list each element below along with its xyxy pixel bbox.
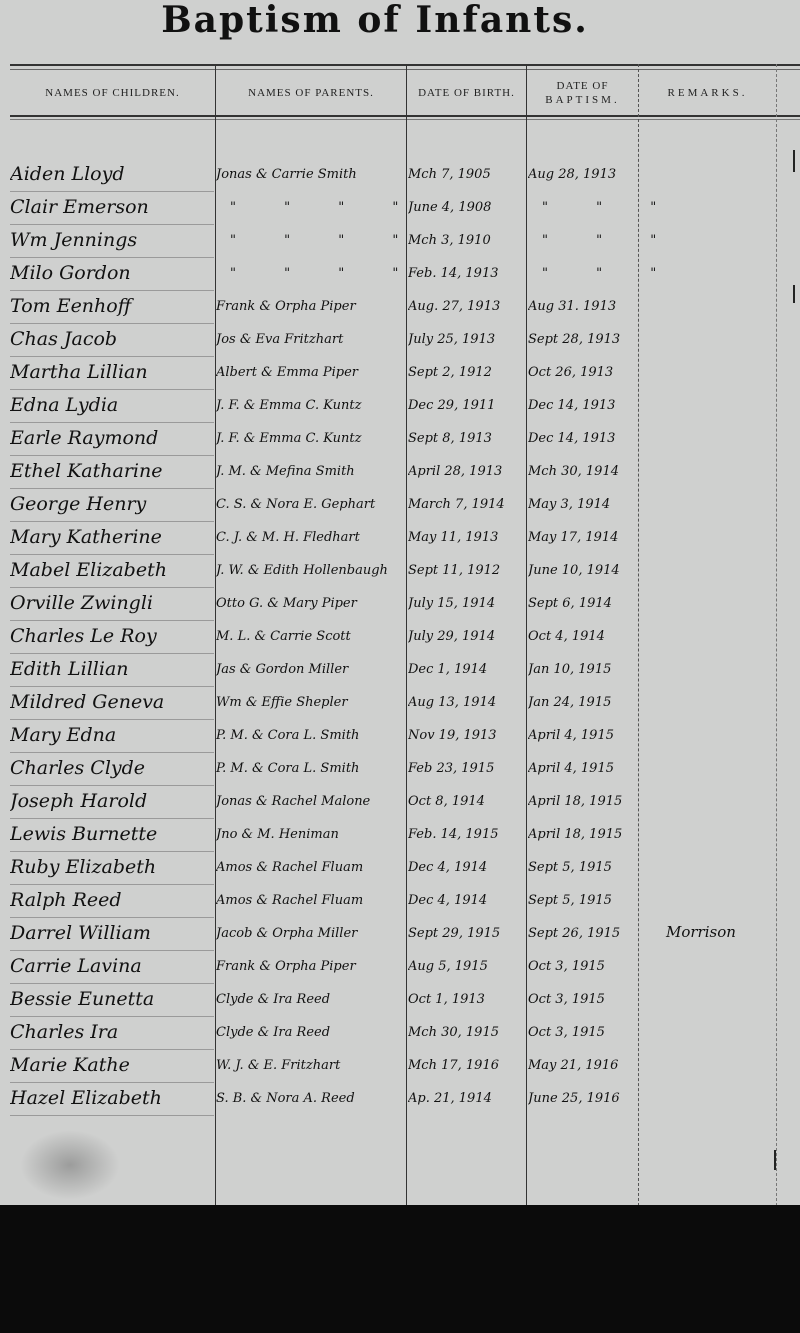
date-of-birth: Ap. 21, 1914 <box>408 1082 526 1115</box>
register-page: Baptism of Infants. NAMES OF CHILDREN. N… <box>0 0 800 1205</box>
table-row: Orville ZwingliOtto G. & Mary PiperJuly … <box>10 587 638 620</box>
date-of-baptism: Sept 26, 1915 <box>528 917 646 950</box>
date-of-birth: Dec 1, 1914 <box>408 653 526 686</box>
child-name: Darrel William <box>10 917 214 951</box>
date-of-birth: July 29, 1914 <box>408 620 526 653</box>
parent-names: Jno & M. Heniman <box>216 818 406 851</box>
date-of-baptism: " " " <box>528 257 660 290</box>
parent-names: " " " " <box>216 257 420 290</box>
parent-names: Amos & Rachel Fluam <box>216 884 406 917</box>
child-name: Mildred Geneva <box>10 686 214 720</box>
header-top-rule <box>10 64 800 66</box>
date-of-baptism: Oct 3, 1915 <box>528 950 646 983</box>
ink-smudge <box>20 1130 120 1200</box>
date-of-birth: Sept 2, 1912 <box>408 356 526 389</box>
parent-names: Amos & Rachel Fluam <box>216 851 406 884</box>
child-name: Chas Jacob <box>10 323 214 357</box>
table-row: Charles IraClyde & Ira ReedMch 30, 1915O… <box>10 1016 638 1049</box>
child-name: Charles Ira <box>10 1016 214 1050</box>
table-row: Wm Jennings" " " "Mch 3, 1910" " " <box>10 224 638 257</box>
date-of-birth: Mch 3, 1910 <box>408 224 526 257</box>
parent-names: P. M. & Cora L. Smith <box>216 752 406 785</box>
date-of-baptism: April 18, 1915 <box>528 785 646 818</box>
remarks: Morrison <box>666 923 786 941</box>
margin-mark <box>793 285 795 303</box>
header-baptism-line2: BAPTISM. <box>545 93 619 107</box>
date-of-birth: Sept 8, 1913 <box>408 422 526 455</box>
parent-names: Jonas & Rachel Malone <box>216 785 406 818</box>
header-top-rule-thin <box>10 69 800 70</box>
margin-mark <box>793 150 795 172</box>
table-row: Earle RaymondJ. F. & Emma C. KuntzSept 8… <box>10 422 638 455</box>
parent-names: J. M. & Mefina Smith <box>216 455 406 488</box>
header-baptism-line1: DATE OF <box>557 79 609 93</box>
child-name: Mary Katherine <box>10 521 214 555</box>
date-of-birth: Feb 23, 1915 <box>408 752 526 785</box>
date-of-birth: Oct 8, 1914 <box>408 785 526 818</box>
child-name: Charles Le Roy <box>10 620 214 654</box>
child-name: Hazel Elizabeth <box>10 1082 214 1116</box>
date-of-baptism: Sept 6, 1914 <box>528 587 646 620</box>
header-bottom-rule-thin <box>10 119 800 120</box>
table-row: Edna LydiaJ. F. & Emma C. KuntzDec 29, 1… <box>10 389 638 422</box>
table-row: Hazel ElizabethS. B. & Nora A. ReedAp. 2… <box>10 1082 638 1115</box>
child-name: Ralph Reed <box>10 884 214 918</box>
table-row: Martha LillianAlbert & Emma PiperSept 2,… <box>10 356 638 389</box>
parent-names: " " " " <box>216 191 420 224</box>
date-of-baptism: Jan 24, 1915 <box>528 686 646 719</box>
table-row: Mary EdnaP. M. & Cora L. SmithNov 19, 19… <box>10 719 638 752</box>
margin-mark <box>774 1150 776 1170</box>
parent-names: Clyde & Ira Reed <box>216 1016 406 1049</box>
child-name: Orville Zwingli <box>10 587 214 621</box>
date-of-birth: Nov 19, 1913 <box>408 719 526 752</box>
date-of-birth: July 15, 1914 <box>408 587 526 620</box>
parent-names: M. L. & Carrie Scott <box>216 620 406 653</box>
date-of-baptism: Mch 30, 1914 <box>528 455 646 488</box>
parent-names: Wm & Effie Shepler <box>216 686 406 719</box>
parent-names: Jonas & Carrie Smith <box>216 158 406 191</box>
child-name: Lewis Burnette <box>10 818 214 852</box>
table-row: Lewis BurnetteJno & M. HenimanFeb. 14, 1… <box>10 818 638 851</box>
date-of-birth: Mch 7, 1905 <box>408 158 526 191</box>
date-of-baptism: Sept 5, 1915 <box>528 884 646 917</box>
child-name: Bessie Eunetta <box>10 983 214 1017</box>
child-name: Edith Lillian <box>10 653 214 687</box>
date-of-baptism: Oct 3, 1915 <box>528 1016 646 1049</box>
parent-names: Clyde & Ira Reed <box>216 983 406 1016</box>
table-row: Ralph ReedAmos & Rachel FluamDec 4, 1914… <box>10 884 638 917</box>
date-of-birth: Dec 4, 1914 <box>408 884 526 917</box>
parent-names: J. W. & Edith Hollenbaugh <box>216 554 406 587</box>
date-of-baptism: May 17, 1914 <box>528 521 646 554</box>
parent-names: W. J. & E. Fritzhart <box>216 1049 406 1082</box>
parent-names: Jos & Eva Fritzhart <box>216 323 406 356</box>
date-of-birth: Sept 11, 1912 <box>408 554 526 587</box>
date-of-baptism: Dec 14, 1913 <box>528 422 646 455</box>
date-of-baptism: Aug 31. 1913 <box>528 290 646 323</box>
date-of-birth: Oct 1, 1913 <box>408 983 526 1016</box>
table-row: Mildred GenevaWm & Effie SheplerAug 13, … <box>10 686 638 719</box>
date-of-birth: Aug 5, 1915 <box>408 950 526 983</box>
table-row: Clair Emerson" " " "June 4, 1908" " " <box>10 191 638 224</box>
child-name: Mary Edna <box>10 719 214 753</box>
date-of-baptism: Oct 4, 1914 <box>528 620 646 653</box>
child-name: Ruby Elizabeth <box>10 851 214 885</box>
table-row: Chas JacobJos & Eva FritzhartJuly 25, 19… <box>10 323 638 356</box>
date-of-birth: Mch 30, 1915 <box>408 1016 526 1049</box>
date-of-birth: March 7, 1914 <box>408 488 526 521</box>
child-name: Martha Lillian <box>10 356 214 390</box>
scan-bottom-margin <box>0 1205 800 1333</box>
date-of-birth: Mch 17, 1916 <box>408 1049 526 1082</box>
table-row: Charles ClydeP. M. & Cora L. SmithFeb 23… <box>10 752 638 785</box>
parent-names: Albert & Emma Piper <box>216 356 406 389</box>
header-date-of-baptism: DATE OF BAPTISM. <box>527 72 638 114</box>
parent-names: Frank & Orpha Piper <box>216 950 406 983</box>
page-title: Baptism of Infants. <box>145 0 605 44</box>
date-of-birth: Feb. 14, 1915 <box>408 818 526 851</box>
parent-names: Frank & Orpha Piper <box>216 290 406 323</box>
child-name: Aiden Lloyd <box>10 158 214 192</box>
table-row: Ethel KatharineJ. M. & Mefina SmithApril… <box>10 455 638 488</box>
date-of-baptism: Sept 5, 1915 <box>528 851 646 884</box>
header-names-of-parents: NAMES OF PARENTS. <box>216 72 406 114</box>
date-of-birth: May 11, 1913 <box>408 521 526 554</box>
table-row: Tom EenhoffFrank & Orpha PiperAug. 27, 1… <box>10 290 638 323</box>
child-name: Tom Eenhoff <box>10 290 214 324</box>
parent-names: P. M. & Cora L. Smith <box>216 719 406 752</box>
table-row: Ruby ElizabethAmos & Rachel FluamDec 4, … <box>10 851 638 884</box>
date-of-baptism: Dec 14, 1913 <box>528 389 646 422</box>
child-name: Ethel Katharine <box>10 455 214 489</box>
child-name: Mabel Elizabeth <box>10 554 214 588</box>
table-row: Joseph HaroldJonas & Rachel MaloneOct 8,… <box>10 785 638 818</box>
date-of-birth: June 4, 1908 <box>408 191 526 224</box>
child-name: Edna Lydia <box>10 389 214 423</box>
child-name: Wm Jennings <box>10 224 214 258</box>
table-row: Bessie EunettaClyde & Ira ReedOct 1, 191… <box>10 983 638 1016</box>
child-name: Joseph Harold <box>10 785 214 819</box>
child-name: Charles Clyde <box>10 752 214 786</box>
header-names-of-children: NAMES OF CHILDREN. <box>10 72 215 114</box>
header-date-of-birth: DATE OF BIRTH. <box>407 72 526 114</box>
child-name: Milo Gordon <box>10 257 214 291</box>
date-of-baptism: April 18, 1915 <box>528 818 646 851</box>
date-of-baptism: Oct 26, 1913 <box>528 356 646 389</box>
parent-names: C. J. & M. H. Fledhart <box>216 521 406 554</box>
date-of-birth: July 25, 1913 <box>408 323 526 356</box>
table-row: Milo Gordon" " " "Feb. 14, 1913" " " <box>10 257 638 290</box>
date-of-birth: Aug 13, 1914 <box>408 686 526 719</box>
table-row: Mabel ElizabethJ. W. & Edith Hollenbaugh… <box>10 554 638 587</box>
date-of-baptism: May 3, 1914 <box>528 488 646 521</box>
date-of-baptism: Jan 10, 1915 <box>528 653 646 686</box>
child-name: Carrie Lavina <box>10 950 214 984</box>
child-name: Earle Raymond <box>10 422 214 456</box>
page-edge-line <box>776 64 778 1206</box>
table-row: Charles Le RoyM. L. & Carrie ScottJuly 2… <box>10 620 638 653</box>
date-of-baptism: Sept 28, 1913 <box>528 323 646 356</box>
header-remarks: REMARKS. <box>639 72 776 114</box>
date-of-birth: Sept 29, 1915 <box>408 917 526 950</box>
date-of-baptism: June 25, 1916 <box>528 1082 646 1115</box>
table-row: Edith LillianJas & Gordon MillerDec 1, 1… <box>10 653 638 686</box>
child-name: George Henry <box>10 488 214 522</box>
date-of-baptism: Aug 28, 1913 <box>528 158 646 191</box>
date-of-baptism: June 10, 1914 <box>528 554 646 587</box>
date-of-baptism: April 4, 1915 <box>528 719 646 752</box>
date-of-baptism: " " " <box>528 191 660 224</box>
date-of-baptism: " " " <box>528 224 660 257</box>
table-row: Aiden LloydJonas & Carrie SmithMch 7, 19… <box>10 158 638 191</box>
table-row: Marie KatheW. J. & E. FritzhartMch 17, 1… <box>10 1049 638 1082</box>
parent-names: S. B. & Nora A. Reed <box>216 1082 406 1115</box>
date-of-birth: April 28, 1913 <box>408 455 526 488</box>
parent-names: Jas & Gordon Miller <box>216 653 406 686</box>
date-of-birth: Aug. 27, 1913 <box>408 290 526 323</box>
table-row: Carrie LavinaFrank & Orpha PiperAug 5, 1… <box>10 950 638 983</box>
parent-names: J. F. & Emma C. Kuntz <box>216 422 406 455</box>
table-row: Darrel WilliamJacob & Orpha MillerSept 2… <box>10 917 638 950</box>
date-of-baptism: May 21, 1916 <box>528 1049 646 1082</box>
date-of-birth: Feb. 14, 1913 <box>408 257 526 290</box>
table-row: Mary KatherineC. J. & M. H. FledhartMay … <box>10 521 638 554</box>
child-name: Clair Emerson <box>10 191 214 225</box>
parent-names: " " " " <box>216 224 420 257</box>
child-name: Marie Kathe <box>10 1049 214 1083</box>
parent-names: J. F. & Emma C. Kuntz <box>216 389 406 422</box>
parent-names: Jacob & Orpha Miller <box>216 917 406 950</box>
date-of-birth: Dec 29, 1911 <box>408 389 526 422</box>
date-of-birth: Dec 4, 1914 <box>408 851 526 884</box>
date-of-baptism: April 4, 1915 <box>528 752 646 785</box>
parent-names: Otto G. & Mary Piper <box>216 587 406 620</box>
parent-names: C. S. & Nora E. Gephart <box>216 488 406 521</box>
header-bottom-rule <box>10 115 800 117</box>
date-of-baptism: Oct 3, 1915 <box>528 983 646 1016</box>
table-row: George HenryC. S. & Nora E. GephartMarch… <box>10 488 638 521</box>
